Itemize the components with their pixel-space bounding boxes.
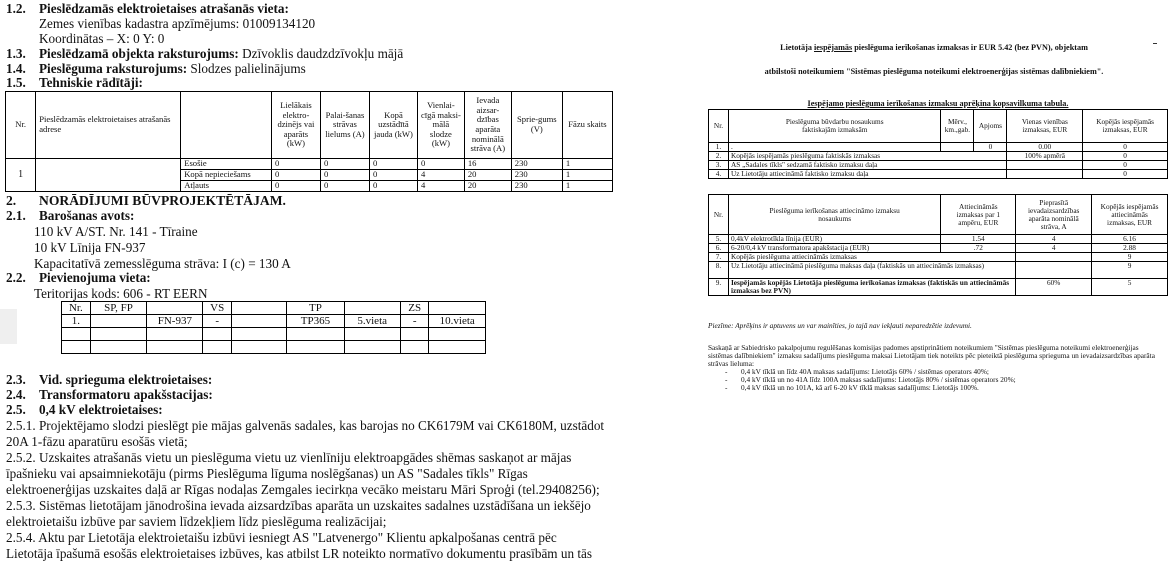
header-sp-fp: SP, FP xyxy=(90,302,147,315)
cell-unit-cost xyxy=(1007,161,1083,170)
body-line: 2.5.3. Sistēmas lietotājam jānodrošina i… xyxy=(6,498,591,513)
cell xyxy=(400,328,429,341)
ground-fault-current: Kapacitatīvā zemesslēguma strāva: I (c) … xyxy=(34,256,291,271)
cell: 1 xyxy=(562,159,612,170)
table-row xyxy=(62,328,486,341)
row-label: Kopā nepieciešams xyxy=(181,170,272,181)
cell: 1 xyxy=(562,170,612,181)
cell: 230 xyxy=(511,159,562,170)
territory-code: Teritorijas kods: 606 - RT EERN xyxy=(34,286,208,301)
cell-nr: 9. xyxy=(709,279,729,296)
header-unit-cost: Vienas vienības izmaksas, EUR xyxy=(1007,110,1083,143)
header-nr: Nr. xyxy=(62,302,91,315)
cell xyxy=(147,328,203,341)
cadastre-line: Zemes vienības kadastra apzīmējums: 0100… xyxy=(39,16,315,31)
cell-unit xyxy=(941,143,974,152)
table-row: 1. FN-937 - TP365 5.vieta - 10.vieta xyxy=(62,315,486,328)
section-title: Pieslēdzamā objekta raksturojums: xyxy=(39,46,239,61)
body-line: 2.5.4. Aktu par Lietotāja elektroietaišu… xyxy=(6,530,557,545)
body-line: īpašnieku vai apsaimniekotāju (pirms Pie… xyxy=(6,466,528,481)
line-info: 10 kV Līnija FN-937 xyxy=(34,240,145,255)
allocation-paragraph: Saskaņā ar Sabiedrisko pakalpojumu regul… xyxy=(708,344,1163,368)
section-title: Pievienojuma vieta: xyxy=(39,270,151,285)
section-number: 1.2. xyxy=(6,1,39,16)
table-header-row: Nr. Pieslēguma ierīkošanas attiecināmo i… xyxy=(709,195,1168,235)
cell: 20 xyxy=(464,181,511,192)
header-blank xyxy=(429,302,486,315)
attributable-costs-table: Nr. Pieslēguma ierīkošanas attiecināmo i… xyxy=(708,194,1168,296)
body-line: elektroietaišu izbūve par saviem līdzekļ… xyxy=(6,514,386,529)
section-2-5-heading: 2.5.0,4 kV elektroietaises: xyxy=(6,402,163,417)
section-title: Transformatoru apakšstacijas: xyxy=(39,387,213,402)
cell: 0 xyxy=(320,181,369,192)
section-number: 2.4. xyxy=(6,387,39,402)
header-installed-power: Kopā uzstādītā jauda (kW) xyxy=(369,92,417,159)
allocation-bullet: -0,4 kV tīklā un no 101A, kā arī 6-20 kV… xyxy=(725,384,979,392)
section-number: 2.1. xyxy=(6,208,39,223)
row-nr: 1 xyxy=(6,159,36,192)
cell: 5.vieta xyxy=(344,315,400,328)
section-1-4: 1.4.Pieslēguma raksturojums: Slodzes pal… xyxy=(6,61,306,76)
cell-current: 4 xyxy=(1016,244,1092,253)
cell xyxy=(232,315,287,328)
cell: 0 xyxy=(417,159,464,170)
section-title: Vid. sprieguma elektroietaises: xyxy=(39,372,212,387)
table-row: 1 Esošie 0 0 0 0 16 230 1 xyxy=(6,159,613,170)
header-per-ampere: Attiecināmās izmaksas par 1 ampēru, EUR xyxy=(941,195,1016,235)
bullet-marker: - xyxy=(725,384,741,392)
section-2-4-heading: 2.4.Transformatoru apakšstacijas: xyxy=(6,387,213,402)
cell: 20 xyxy=(464,170,511,181)
cell: 0 xyxy=(369,181,417,192)
cell-nr: 4. xyxy=(709,170,729,179)
left-document-pane: 1.2.Pieslēdzamās elektroietaises atrašan… xyxy=(0,0,640,573)
cell-unit-cost xyxy=(1007,170,1083,179)
header-blank xyxy=(344,302,400,315)
power-source-line: 110 kV A/ST. Nr. 141 - Tīraine xyxy=(34,224,198,239)
section-1-2-heading: 1.2.Pieslēdzamās elektroietaises atrašan… xyxy=(6,1,289,16)
cell xyxy=(429,328,486,341)
body-line: 2.5.2. Uzskaites atrašanās vietu un pies… xyxy=(6,450,571,465)
cell-name: Uz Lietotāju attiecināmā faktisko izmaks… xyxy=(728,170,1006,179)
technical-parameters-table: Nr. Pieslēdzamās elektroietaises atrašan… xyxy=(5,91,613,192)
section-title: Pieslēdzamās elektroietaises atrašanās v… xyxy=(39,1,289,16)
row-label: Atļauts xyxy=(181,181,272,192)
section-2-1-heading: 2.1.Barošanas avots: xyxy=(6,208,134,223)
header-total-attributable: Kopējās iespējamās attiecināmās izmaksas… xyxy=(1092,195,1168,235)
intro-text: pieslēguma ierīkošanas izmaksas ir EUR 5… xyxy=(852,43,1088,52)
cell-total: 9 xyxy=(1092,262,1168,279)
table-row: 4. Uz Lietotāju attiecināmā faktisko izm… xyxy=(709,170,1168,179)
cell xyxy=(287,328,344,341)
cell xyxy=(147,341,203,354)
cell xyxy=(400,341,429,354)
address-cell xyxy=(36,159,181,192)
cell: 0 xyxy=(320,159,369,170)
coordinates-line: Koordinātas – X: 0 Y: 0 xyxy=(39,31,164,46)
cell: 230 xyxy=(511,170,562,181)
section-2-heading: 2.NORĀDĪJUMI BŪVPROJEKTĒTĀJAM. xyxy=(6,193,286,208)
cell-qty: 0 xyxy=(974,143,1007,152)
section-value: Slodzes palielinājums xyxy=(187,61,306,76)
cell: 10.vieta xyxy=(429,315,486,328)
header-unit: Mērv., km.,gab. xyxy=(941,110,974,143)
section-title: Tehniskie rādītāji: xyxy=(39,75,143,90)
cell-total: 5 xyxy=(1092,279,1168,296)
cell: 230 xyxy=(511,181,562,192)
cell xyxy=(62,328,91,341)
cell xyxy=(344,341,400,354)
cell xyxy=(232,328,287,341)
cell-name: Uz Lietotāju attiecināmā pieslēguma maks… xyxy=(728,262,1015,279)
section-number: 2.5. xyxy=(6,402,39,417)
cell-mid xyxy=(1016,262,1092,279)
section-2-2-heading: 2.2.Pievienojuma vieta: xyxy=(6,270,151,285)
cell xyxy=(90,315,147,328)
section-1-3: 1.3.Pieslēdzamā objekta raksturojums: Dz… xyxy=(6,46,403,61)
section-number: 2.3. xyxy=(6,372,39,387)
header-nr: Nr. xyxy=(709,110,729,143)
cell: - xyxy=(400,315,429,328)
intro-underlined: iespējamās xyxy=(814,43,852,52)
cell-mid xyxy=(1016,253,1092,262)
section-number: 1.5. xyxy=(6,75,39,90)
section-number: 2.2. xyxy=(6,270,39,285)
body-line: 20A 1-fāzu aparatūru esošās vietā; xyxy=(6,434,188,449)
header-total-cost: Kopējās iespējamās izmaksas, EUR xyxy=(1083,110,1168,143)
table-row: 8. Uz Lietotāju attiecināmā pieslēguma m… xyxy=(709,262,1168,279)
header-cost-name: Pieslēguma ierīkošanas attiecināmo izmak… xyxy=(728,195,940,235)
header-protection-current: Ievada aizsar-dzības aparāta nominālā st… xyxy=(464,92,511,159)
header-tp: TP xyxy=(287,302,344,315)
header-quantity: Apjoms xyxy=(974,110,1007,143)
cell: FN-937 xyxy=(147,315,203,328)
cell: TP365 xyxy=(287,315,344,328)
section-title: 0,4 kV elektroietaises: xyxy=(39,402,163,417)
cell: 4 xyxy=(417,170,464,181)
body-line: elektroenerģijas uzskaites daļā ar Rīgas… xyxy=(6,482,600,497)
cell-name: Iespējamās kopējās Lietotāja pieslēguma … xyxy=(728,279,1015,296)
cell xyxy=(203,341,232,354)
cell-total: 0 xyxy=(1083,170,1168,179)
page-margin-marker xyxy=(0,309,17,344)
header-voltage: Sprie-gums (V) xyxy=(511,92,562,159)
header-motor: Lielākais elektro-dzinējs vai aparāts (k… xyxy=(271,92,320,159)
section-number: 1.3. xyxy=(6,46,39,61)
cell: 0 xyxy=(369,159,417,170)
cell: - xyxy=(203,315,232,328)
header-nr: Nr. xyxy=(6,92,36,159)
cell: 1 xyxy=(562,181,612,192)
table-header-row: Nr. Pieslēdzamās elektroietaises atrašan… xyxy=(6,92,613,159)
cell xyxy=(62,341,91,354)
header-blank xyxy=(232,302,287,315)
header-address: Pieslēdzamās elektroietaises atrašanās a… xyxy=(36,92,181,159)
intro-text: Lietotāja xyxy=(780,43,814,52)
cell: 0 xyxy=(271,181,320,192)
header-nr: Nr. xyxy=(709,195,729,235)
actual-costs-table: Nr. Pieslēguma būvdarbu nosaukums faktis… xyxy=(708,109,1168,179)
table-header-row: Nr. Pieslēguma būvdarbu nosaukums faktis… xyxy=(709,110,1168,143)
cell xyxy=(344,328,400,341)
header-phases: Fāzu skaits xyxy=(562,92,612,159)
connection-point-table: Nr. SP, FP VS TP ZS 1. FN-937 - TP365 5.… xyxy=(61,301,486,354)
body-line: 2.5.1. Projektējamo slodzi pieslēgt pie … xyxy=(6,418,604,433)
cell: 4 xyxy=(417,181,464,192)
right-document-pane: Lietotāja iespējamās pieslēguma ierīkoša… xyxy=(700,0,1168,573)
section-2-3-heading: 2.3.Vid. sprieguma elektroietaises: xyxy=(6,372,212,387)
cell: 0 xyxy=(271,170,320,181)
cell xyxy=(287,341,344,354)
bullet-marker: - xyxy=(725,368,741,376)
header-work-name: Pieslēguma būvdarbu nosaukums faktiskajā… xyxy=(728,110,941,143)
cell: 0 xyxy=(369,170,417,181)
header-start-current: Palai-šanas strāvas lielums (A) xyxy=(320,92,369,159)
section-title: Barošanas avots: xyxy=(39,208,134,223)
cell: 16 xyxy=(464,159,511,170)
header-zs: ZS xyxy=(400,302,429,315)
section-title: NORĀDĪJUMI BŪVPROJEKTĒTĀJAM. xyxy=(39,193,286,208)
header-max-load: Vienlai-cīgā maksi-mālā slodze (kW) xyxy=(417,92,464,159)
section-title: Pieslēguma raksturojums: xyxy=(39,61,187,76)
summary-table-title: Iespējamo pieslēguma ierīkošanas izmaksu… xyxy=(704,100,1168,108)
cost-intro-line-2: atbilstoši noteikumiem "Sistēmas pieslēg… xyxy=(700,68,1168,76)
section-number: 1.4. xyxy=(6,61,39,76)
bullet-marker: - xyxy=(725,376,741,384)
header-blank xyxy=(147,302,203,315)
calculation-note: Piezīme: Aprēķins ir aptuvens un var mai… xyxy=(708,322,972,330)
header-vs: VS xyxy=(203,302,232,315)
cell-nr: 8. xyxy=(709,262,729,279)
section-value: Dzīvoklis daudzdzīvokļu mājā xyxy=(239,46,403,61)
table-row: 9. Iespējamās kopējās Lietotāja pieslēgu… xyxy=(709,279,1168,296)
body-line: Lietotāja īpašumā esošās elektroietaises… xyxy=(6,546,592,561)
cell xyxy=(232,341,287,354)
cell: 0 xyxy=(320,170,369,181)
cell xyxy=(90,341,147,354)
cell: 0 xyxy=(271,159,320,170)
header-requested-current: Pieprasītā ievadaizsardzības aparāta nom… xyxy=(1016,195,1092,235)
cell: 1. xyxy=(62,315,91,328)
header-blank xyxy=(181,92,272,159)
row-label: Esošie xyxy=(181,159,272,170)
bullet-text: 0,4 kV tīklā un no 101A, kā arī 6-20 kV … xyxy=(741,383,979,392)
section-1-5-heading: 1.5.Tehniskie rādītāji: xyxy=(6,75,143,90)
cost-intro-line-1: Lietotāja iespējamās pieslēguma ierīkoša… xyxy=(700,44,1168,52)
table-header-row: Nr. SP, FP VS TP ZS xyxy=(62,302,486,315)
cell-unit-cost: 100% apmērā xyxy=(1007,152,1083,161)
cell-per-amp: .72 xyxy=(941,244,1016,253)
section-number: 2. xyxy=(6,193,39,208)
table-row xyxy=(62,341,486,354)
cell xyxy=(429,341,486,354)
cell xyxy=(90,328,147,341)
cell-mid: 60% xyxy=(1016,279,1092,296)
cell xyxy=(203,328,232,341)
